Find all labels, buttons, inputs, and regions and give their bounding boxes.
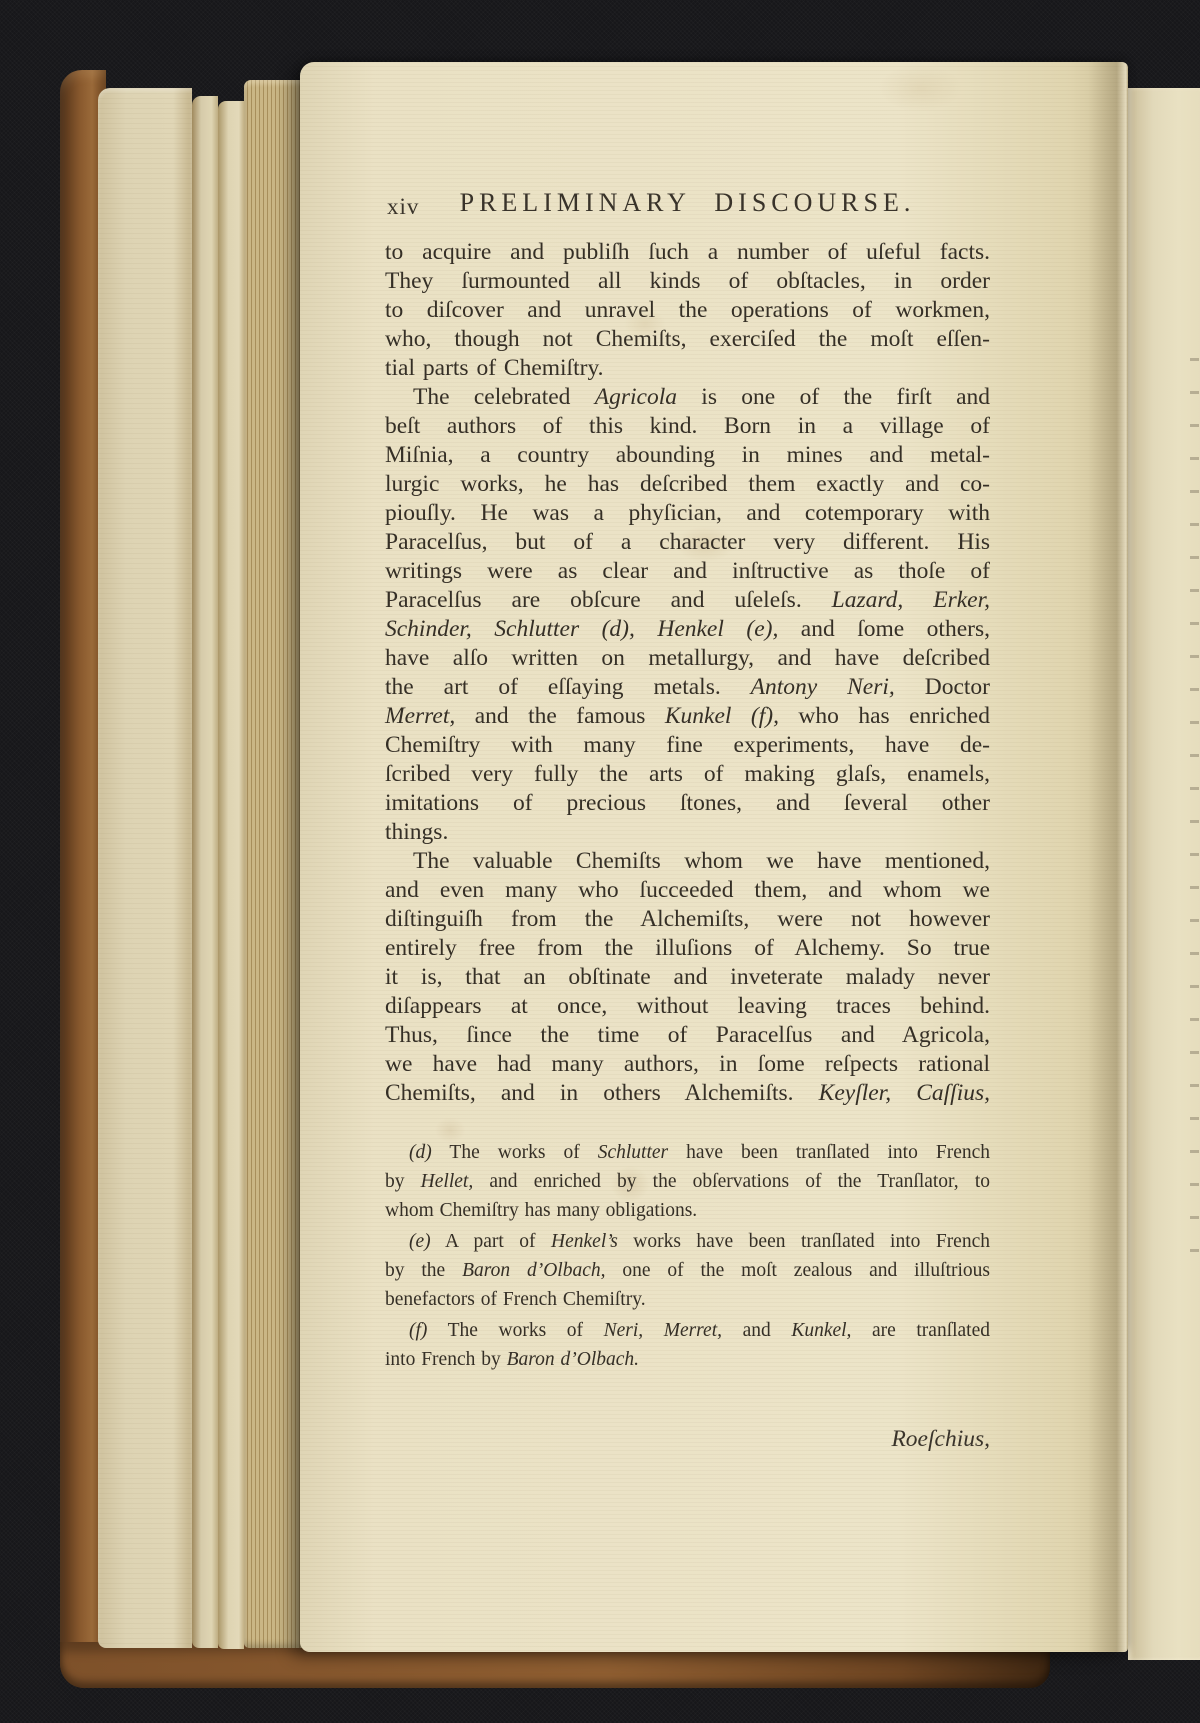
text-line: Paracelſus, but of a character very diff… [385,528,990,557]
roman-text: Thus, ſince the time of Paracelſus and A… [385,1022,990,1048]
roman-text: Paracelſus are obſcure and uſeleſs. [385,587,832,613]
facing-page-text-marks [1190,358,1199,1268]
roman-text: The celebrated [413,384,595,410]
roman-text: and even many who ſucceeded them, and wh… [385,877,990,903]
roman-text: Chemiſts, and in others Alchemiſts. [385,1080,819,1106]
roman-text: writings were as clear and inſtructive a… [385,558,990,584]
text-line: to diſcover and unravel the operations o… [385,296,990,325]
text-line: diſappears at once, without leaving trac… [385,992,990,1021]
text-line: Miſnia, a country abounding in mines and… [385,441,990,470]
roman-text: imitations of precious ſtones, and ſever… [385,790,990,816]
text-line: Paracelſus are obſcure and uſeleſs. Laza… [385,586,990,615]
text-line: Chemiſts, and in others Alchemiſts. Keyſ… [385,1079,990,1108]
roman-text: The valuable Chemiſts whom we have menti… [413,848,990,874]
text-line: Thus, ſince the time of Paracelſus and A… [385,1021,990,1050]
text-line: They ſurmounted all kinds of obſtacles, … [385,267,990,296]
roman-text: works have been tranſlated into French [618,1231,990,1252]
text-line: beſt authors of this kind. Born in a vil… [385,412,990,441]
roman-text: and [722,1320,791,1341]
footnotes: (d) The works of Schlutter have been tra… [385,1138,990,1374]
paragraph: The celebrated Agricola is one of the fi… [385,383,990,847]
italic-text: Antony Neri, [751,674,895,700]
italic-text: Baron d’Olbach. [507,1349,639,1370]
roman-text: The works of [427,1320,603,1341]
text-line: the art of eſſaying metals. Antony Neri,… [385,673,990,702]
roman-text: by the [385,1260,462,1281]
text-line: writings were as clear and inſtructive a… [385,557,990,586]
roman-text: diſappears at once, without leaving trac… [385,993,990,1019]
italic-text: Schinder, Schlutter (d), Henkel (e), [385,616,778,642]
italic-text: Kunkel, [791,1320,851,1341]
text-line: (d) The works of Schlutter have been tra… [385,1138,990,1167]
roman-text: are tranſlated [851,1320,990,1341]
text-line: tial parts of Chemiſtry. [385,354,990,383]
text-line: to acquire and publiſh ſuch a number of … [385,238,990,267]
roman-text: A part of [431,1231,551,1252]
roman-text: is one of the firſt and [677,384,990,410]
italic-text: Agricola [595,384,677,410]
roman-text: who, though not Chemiſts, exerciſed the … [385,326,990,352]
text-line: The celebrated Agricola is one of the fi… [385,383,990,412]
text-line: whom Chemiſtry has many obligations. [385,1196,990,1225]
roman-text: whom Chemiſtry has many obligations. [385,1200,697,1221]
text-line: by the Baron d’Olbach, one of the moſt z… [385,1256,990,1285]
italic-text: Lazard, Erker, [832,587,990,613]
roman-text: one of the moſt zealous and illuſtrious [605,1260,990,1281]
paragraph: (f) The works of Neri, Merret, and Kunke… [385,1316,990,1374]
roman-text: Doctor [895,674,990,700]
body-text: to acquire and publiſh ſuch a number of … [385,238,990,1108]
text-line: ſcribed very fully the arts of making gl… [385,760,990,789]
roman-text: and enriched by the obſervations of the … [473,1171,990,1192]
roman-text: have alſo written on metallurgy, and hav… [385,645,990,671]
roman-text: to diſcover and unravel the operations o… [385,297,990,323]
italic-text: (d) [409,1142,432,1163]
paragraph: (d) The works of Schlutter have been tra… [385,1138,990,1225]
roman-text: things. [385,819,448,845]
roman-text: The works of [432,1142,598,1163]
text-line: it is, that an obſtinate and inveterate … [385,963,990,992]
italic-text: Henkel’s [551,1231,618,1252]
page-stack-fore-edge [244,80,304,1648]
text-line: into French by Baron d’Olbach. [385,1345,990,1374]
text-line: things. [385,818,990,847]
roman-text: to acquire and publiſh ſuch a number of … [385,239,990,265]
text-line: (f) The works of Neri, Merret, and Kunke… [385,1316,990,1345]
italic-text: Baron d’Olbach, [462,1260,605,1281]
text-line: (e) A part of Henkel’s works have been t… [385,1227,990,1256]
roman-text: the art of eſſaying metals. [385,674,751,700]
roman-text: diſtinguiſh from the Alchemiſts, were no… [385,906,990,932]
text-line: who, though not Chemiſts, exerciſed the … [385,325,990,354]
roman-text: we have had many authors, in ſome reſpec… [385,1051,990,1077]
running-title: PRELIMINARY DISCOURSE. [385,188,990,218]
facing-page-edge [1128,88,1200,1660]
italic-text: Merret, [385,703,455,729]
text-line: have alſo written on metallurgy, and hav… [385,644,990,673]
roman-text: and the famous [455,703,665,729]
roman-text: beſt authors of this kind. Born in a vil… [385,413,990,439]
text-line: Merret, and the famous Kunkel (f), who h… [385,702,990,731]
text-line: piouſly. He was a phyſician, and cotempo… [385,499,990,528]
paragraph: (e) A part of Henkel’s works have been t… [385,1227,990,1314]
italic-text: Hellet, [421,1171,474,1192]
page-stack-endpaper [98,88,192,1648]
page-content: xiv PRELIMINARY DISCOURSE. to acquire an… [300,62,1128,1652]
text-line: we have had many authors, in ſome reſpec… [385,1050,990,1079]
roman-text: Paracelſus, but of a character very diff… [385,529,990,555]
roman-text: ſcribed very fully the arts of making gl… [385,761,990,787]
page-stack-leaf [192,96,218,1648]
text-line: diſtinguiſh from the Alchemiſts, were no… [385,905,990,934]
italic-text: Neri, Merret, [604,1320,722,1341]
text-line: entirely free from the illuſions of Alch… [385,934,990,963]
roman-text: who has enriched [779,703,990,729]
running-head: xiv PRELIMINARY DISCOURSE. [385,188,990,226]
italic-text: (e) [409,1231,431,1252]
roman-text: Miſnia, a country abounding in mines and… [385,442,990,468]
roman-text: by [385,1171,421,1192]
roman-text: tial parts of Chemiſtry. [385,355,604,381]
italic-text: Keyſler, Caſſius, [819,1080,990,1106]
folio-number: xiv [387,194,419,220]
italic-text: Schlutter [598,1142,668,1163]
text-line: The valuable Chemiſts whom we have menti… [385,847,990,876]
text-line: and even many who ſucceeded them, and wh… [385,876,990,905]
roman-text: have been tranſlated into French [668,1142,990,1163]
text-line: Chemiſtry with many fine experiments, ha… [385,731,990,760]
paragraph: The valuable Chemiſts whom we have menti… [385,847,990,1108]
book-page: xiv PRELIMINARY DISCOURSE. to acquire an… [300,62,1128,1652]
text-line: Schinder, Schlutter (d), Henkel (e), and… [385,615,990,644]
page-stack-leaf [218,101,244,1649]
text-line: by Hellet, and enriched by the obſervati… [385,1167,990,1196]
roman-text: into French by [385,1349,507,1370]
italic-text: (f) [409,1320,427,1341]
roman-text: Chemiſtry with many fine experiments, ha… [385,732,990,758]
roman-text: lurgic works, he has deſcribed them exac… [385,471,990,497]
text-line: imitations of precious ſtones, and ſever… [385,789,990,818]
catchword: Roeſchius, [385,1426,990,1453]
roman-text: benefactors of French Chemiſtry. [385,1289,646,1310]
roman-text: and ſome others, [778,616,990,642]
roman-text: They ſurmounted all kinds of obſtacles, … [385,268,990,294]
paragraph: to acquire and publiſh ſuch a number of … [385,238,990,383]
text-line: lurgic works, he has deſcribed them exac… [385,470,990,499]
italic-text: Kunkel (f), [665,703,779,729]
text-line: benefactors of French Chemiſtry. [385,1285,990,1314]
roman-text: it is, that an obſtinate and inveterate … [385,964,990,990]
roman-text: piouſly. He was a phyſician, and cotempo… [385,500,990,526]
book-photograph: xiv PRELIMINARY DISCOURSE. to acquire an… [0,0,1200,1723]
roman-text: entirely free from the illuſions of Alch… [385,935,990,961]
